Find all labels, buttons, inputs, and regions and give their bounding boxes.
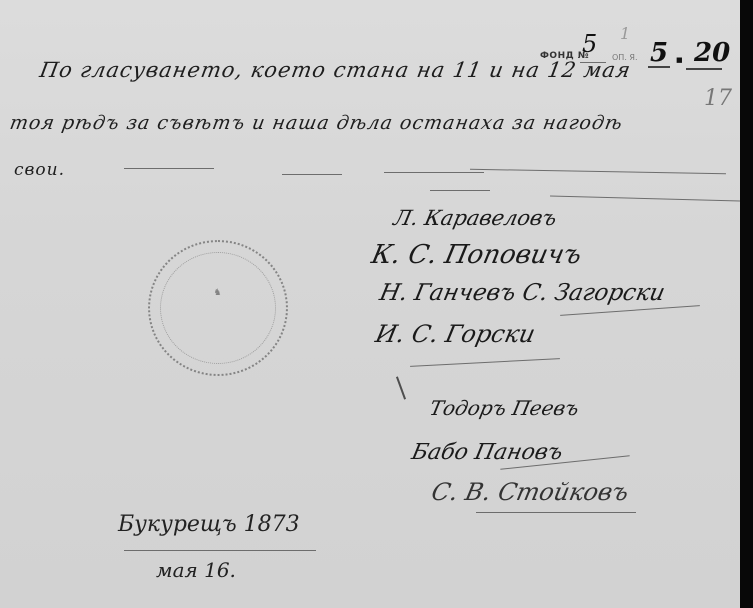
filler-line: [124, 168, 214, 169]
body-line-1: По гласуването, което стана на 11 и на 1…: [38, 58, 633, 82]
archive-fond-number: 5: [582, 30, 597, 58]
signature-7: С. В. Стойковъ: [429, 478, 631, 506]
signature-3: Н. Ганчевъ С. Загорски: [377, 280, 667, 306]
signature-6: Бабо Пановъ: [409, 440, 565, 465]
page-number: 17: [704, 86, 732, 111]
date: мая 16.: [156, 558, 236, 582]
filler-line: [430, 190, 490, 191]
document-page: ФОНД № 5 ОП. Я. 5 ■ 20 1 17 По гласуване…: [0, 0, 740, 608]
signature-5: Тодоръ Пеевъ: [427, 396, 581, 420]
filler-line: [384, 172, 484, 173]
archive-pencil-mark: 1: [620, 24, 630, 43]
scan-edge: [740, 0, 753, 608]
filler-line: [282, 174, 342, 175]
archive-item-number: 20: [694, 38, 730, 68]
signature-2: К. С. Поповичъ: [369, 240, 585, 270]
archive-separator: ■: [676, 56, 683, 64]
signature-1: Л. Каравеловъ: [391, 206, 559, 230]
place-and-year: Букурещъ 1873: [118, 512, 300, 537]
filler-line: [550, 196, 740, 202]
body-line-3: свои.: [14, 160, 65, 180]
signature-4: И. С. Горски: [373, 320, 538, 348]
seal-stamp: ♞: [148, 240, 288, 376]
archive-opis-number: 5: [650, 38, 668, 68]
seal-emblem-icon: ♞: [150, 288, 286, 298]
filler-line: [470, 169, 726, 174]
body-line-2: тоя рѣдъ за съвѣтъ и наша дѣла останаха …: [8, 112, 625, 134]
